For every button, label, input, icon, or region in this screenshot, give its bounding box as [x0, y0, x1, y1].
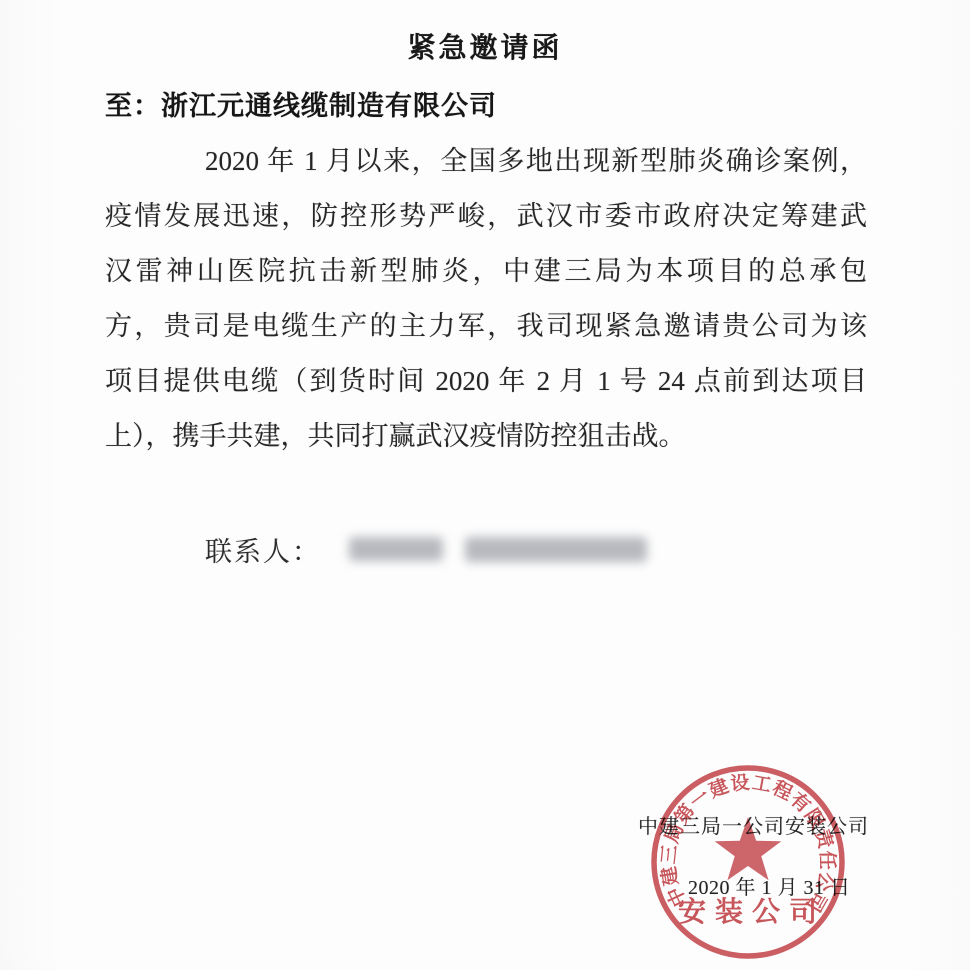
red-star-icon [715, 817, 782, 880]
body-paragraph: 2020 年 1 月以来，全国多地出现新型肺炎确诊案例， 疫情发展迅速，防控形势… [105, 134, 867, 464]
body-line: 方，贵司是电缆生产的主力军，我司现紧急邀请贵公司为该 [105, 299, 867, 354]
redacted-name-blur [349, 537, 443, 561]
page-title: 紧急邀请函 [105, 26, 865, 66]
contact-line: 联系人： [205, 530, 647, 568]
body-line: 项目提供电缆（到货时间 2020 年 2 月 1 号 24 点前到达项目 [105, 354, 867, 409]
redacted-phone-blur [465, 537, 647, 562]
body-line: 2020 年 1 月以来，全国多地出现新型肺炎确诊案例， [105, 134, 867, 189]
body-line: 上），携手共建，共同打赢武汉疫情防控狙击战。 [105, 409, 867, 464]
contact-label: 联系人： [205, 530, 321, 569]
company-seal-stamp: 中建三局第一建设工程有限责任公司 安装公司 [648, 762, 848, 962]
seal-center-text: 安装公司 [678, 896, 826, 928]
recipient-line: 至：浙江元通线缆制造有限公司 [105, 84, 497, 123]
body-line: 疫情发展迅速，防控形势严峻，武汉市委市政府决定筹建武 [105, 189, 867, 244]
body-line: 汉雷神山医院抗击新型肺炎，中建三局为本项目的总承包 [105, 244, 867, 299]
document-page: 紧急邀请函 至：浙江元通线缆制造有限公司 2020 年 1 月以来，全国多地出现… [0, 0, 970, 970]
